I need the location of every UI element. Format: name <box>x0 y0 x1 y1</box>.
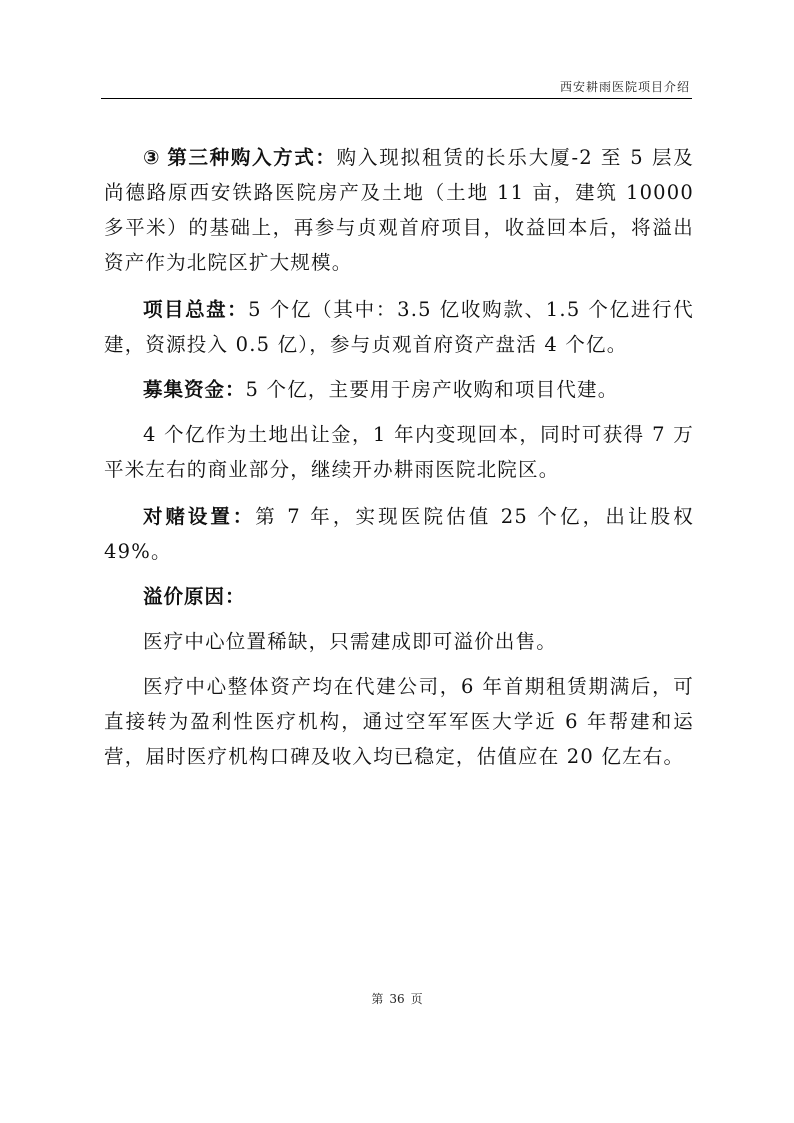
paragraph-bet-setting: 对赌设置：第 7 年，实现医院估值 25 个亿，出让股权 49%。 <box>104 499 694 569</box>
paragraph-purchase-method-3: ③第三种购入方式：购入现拟租赁的长乐大厦-2 至 5 层及尚德路原西安铁路医院房… <box>104 140 694 280</box>
circled-number: ③ <box>143 146 161 169</box>
page-header: 西安耕雨医院项目介绍 <box>101 76 692 99</box>
document-body: ③第三种购入方式：购入现拟租赁的长乐大厦-2 至 5 层及尚德路原西安铁路医院房… <box>104 140 694 774</box>
bet-setting-label: 对赌设置： <box>143 505 255 528</box>
paragraph-premium-reason-1: 医疗中心位置稀缺，只需建成即可溢价出售。 <box>104 624 694 659</box>
page-prefix: 第 <box>371 992 383 1006</box>
paragraph-land-transfer: 4 个亿作为土地出让金，1 年内变现回本，同时可获得 7 万平米左右的商业部分，… <box>104 417 694 487</box>
header-title: 西安耕雨医院项目介绍 <box>560 78 690 95</box>
premium-reason-point-1: 医疗中心位置稀缺，只需建成即可溢价出售。 <box>143 630 557 653</box>
premium-reason-label: 溢价原因： <box>143 585 246 608</box>
paragraph-premium-reason-2: 医疗中心整体资产均在代建公司，6 年首期租赁期满后，可直接转为盈利性医疗机构，通… <box>104 669 694 774</box>
page-footer: 第36页 <box>0 990 794 1007</box>
paragraph-project-total: 项目总盘：5 个亿（其中：3.5 亿收购款、1.5 个亿进行代建，资源投入 0.… <box>104 292 694 362</box>
purchase-method-label: 第三种购入方式： <box>167 146 336 169</box>
fundraising-label: 募集资金： <box>143 378 246 401</box>
page-number: 36 <box>389 992 404 1006</box>
page-suffix: 页 <box>411 992 423 1006</box>
land-transfer-text: 4 个亿作为土地出让金，1 年内变现回本，同时可获得 7 万平米左右的商业部分，… <box>104 423 694 481</box>
fundraising-text: 5 个亿，主要用于房产收购和项目代建。 <box>246 378 619 401</box>
premium-reason-point-2: 医疗中心整体资产均在代建公司，6 年首期租赁期满后，可直接转为盈利性医疗机构，通… <box>104 675 694 768</box>
paragraph-premium-reason-heading: 溢价原因： <box>104 579 694 614</box>
project-total-label: 项目总盘： <box>143 298 248 321</box>
paragraph-fundraising: 募集资金：5 个亿，主要用于房产收购和项目代建。 <box>104 372 694 407</box>
